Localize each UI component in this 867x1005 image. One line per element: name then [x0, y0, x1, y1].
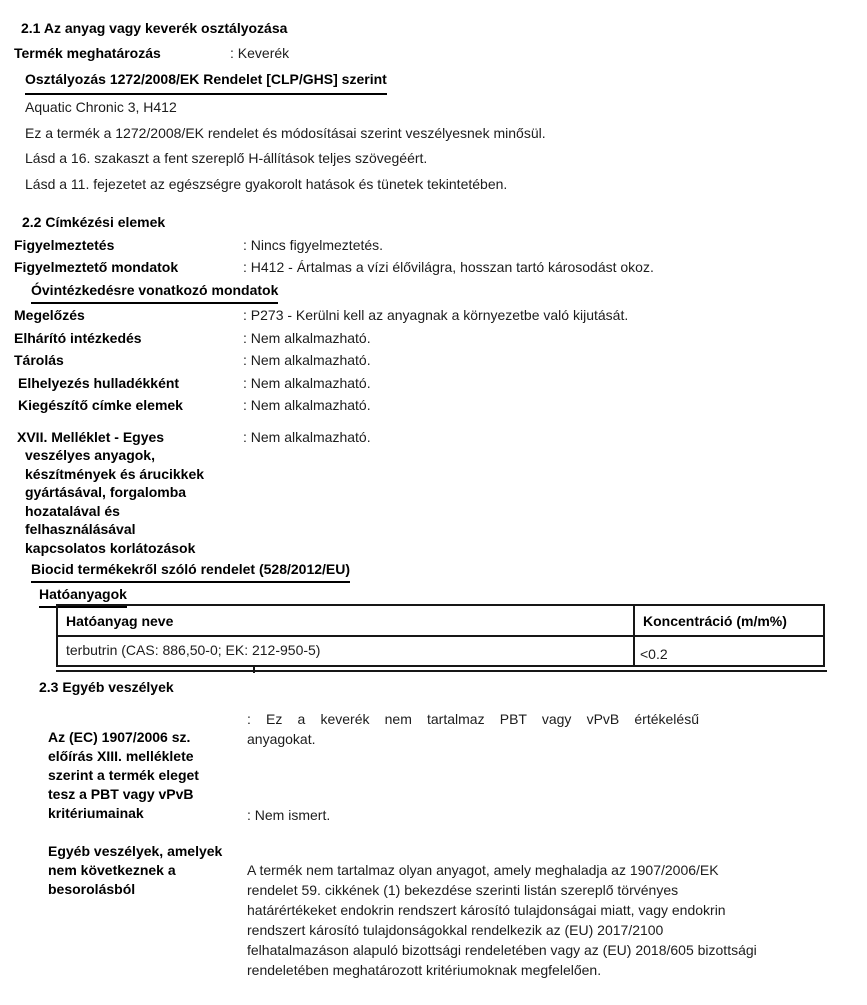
section-2-3-heading: 2.3 Egyéb veszélyek	[0, 676, 867, 698]
other-hazards-label: Egyéb veszélyek, amelyek nem következnek…	[48, 842, 247, 899]
product-definition-label: Termék meghatározás	[0, 41, 230, 67]
response-value: : Nem alkalmazható.	[243, 327, 371, 350]
hazard-statements-row: Figyelmeztető mondatok : H412 - Ártalmas…	[0, 256, 867, 279]
other-hazards-block: Az (EC) 1907/2006 sz. előírás XIII. mell…	[0, 709, 867, 980]
other-hazards-value: : Nem ismert.	[247, 806, 867, 825]
precaution-subheading-line: Óvintézkedésre vonatkozó mondatok	[0, 279, 867, 305]
response-row: Elhárító intézkedés : Nem alkalmazható.	[0, 327, 867, 350]
disposal-row: Elhelyezés hulladékként : Nem alkalmazha…	[0, 372, 867, 395]
table-header-row: Hatóanyag neve Koncentráció (m/m%)	[57, 605, 824, 636]
annex-xvii-row: XVII. Melléklet - Egyes veszélyes anyago…	[0, 428, 867, 558]
annex-xvii-value: : Nem alkalmazható.	[243, 428, 371, 558]
see-section-11-line: Lásd a 11. fejezetet az egészségre gyako…	[0, 172, 867, 198]
table-header-concentration: Koncentráció (m/m%)	[634, 605, 824, 636]
classification-line: Aquatic Chronic 3, H412	[0, 95, 867, 121]
product-definition-value: : Keverék	[230, 41, 289, 67]
scan-artifact-tick	[253, 665, 255, 673]
storage-value: : Nem alkalmazható.	[243, 349, 371, 372]
pbt-criteria-value: : Ez a keverék nem tartalmaz PBT vagy vP…	[247, 709, 699, 749]
classification-subheading: Osztályozás 1272/2008/EK Rendelet [CLP/G…	[25, 67, 387, 96]
biocid-subheading: Biocid termékekről szóló rendelet (528/2…	[31, 558, 350, 583]
table-row: terbutrin (CAS: 886,50-0; EK: 212-950-5)…	[57, 636, 824, 666]
sds-document-page: 2.1 Az anyag vagy keverék osztályozása T…	[0, 0, 867, 1005]
signal-word-value: : Nincs figyelmeztetés.	[243, 234, 383, 257]
product-definition-row: Termék meghatározás : Keverék	[0, 41, 867, 67]
biocid-subheading-line: Biocid termékekről szóló rendelet (528/2…	[0, 558, 867, 583]
precaution-subheading: Óvintézkedésre vonatkozó mondatok	[31, 279, 278, 305]
active-substances-table-wrap: Hatóanyag neve Koncentráció (m/m%) terbu…	[56, 604, 827, 672]
prevention-row: Megelőzés : P273 - Kerülni kell az anyag…	[0, 304, 867, 327]
other-hazards-labels: Az (EC) 1907/2006 sz. előírás XIII. mell…	[0, 709, 247, 980]
section-2-2-heading: 2.2 Címkézési elemek	[0, 211, 867, 234]
section-2-1-heading: 2.1 Az anyag vagy keverék osztályozása	[0, 15, 867, 41]
prevention-label: Megelőzés	[0, 304, 243, 327]
supplemental-label-row: Kiegészítő címke elemek : Nem alkalmazha…	[0, 394, 867, 417]
annex-xvii-label: XVII. Melléklet - Egyes veszélyes anyago…	[0, 428, 243, 558]
table-header-substance-name: Hatóanyag neve	[57, 605, 634, 636]
section-2-1: 2.1 Az anyag vagy keverék osztályozása T…	[0, 15, 867, 197]
hazard-statements-label: Figyelmeztető mondatok	[0, 256, 243, 279]
table-bottom-rule	[56, 670, 827, 672]
other-hazards-values: : Ez a keverék nem tartalmaz PBT vagy vP…	[247, 709, 867, 980]
see-section-16-line: Lásd a 16. szakaszt a fent szereplő H-ál…	[0, 146, 867, 172]
prevention-value: : P273 - Kerülni kell az anyagnak a körn…	[243, 304, 628, 327]
signal-word-label: Figyelmeztetés	[0, 234, 243, 257]
classification-subheading-line: Osztályozás 1272/2008/EK Rendelet [CLP/G…	[0, 67, 867, 96]
disposal-value: : Nem alkalmazható.	[243, 372, 371, 395]
cell-concentration: <0.2	[634, 636, 824, 666]
response-label: Elhárító intézkedés	[0, 327, 243, 350]
cell-substance-name: terbutrin (CAS: 886,50-0; EK: 212-950-5)	[57, 636, 634, 666]
storage-label: Tárolás	[0, 349, 243, 372]
endocrine-disruptor-paragraph: A termék nem tartalmaz olyan anyagot, am…	[247, 860, 867, 980]
section-2-2: 2.2 Címkézési elemek Figyelmeztetés : Ni…	[0, 211, 867, 672]
active-substances-table: Hatóanyag neve Koncentráció (m/m%) terbu…	[56, 604, 825, 667]
signal-word-row: Figyelmeztetés : Nincs figyelmeztetés.	[0, 234, 867, 257]
hazard-statements-value: : H412 - Ártalmas a vízi élővilágra, hos…	[243, 256, 654, 279]
supplemental-label-value: : Nem alkalmazható.	[243, 394, 371, 417]
pbt-criteria-label: Az (EC) 1907/2006 sz. előírás XIII. mell…	[48, 728, 247, 823]
section-2-3: 2.3 Egyéb veszélyek Az (EC) 1907/2006 sz…	[0, 676, 867, 980]
disposal-label: Elhelyezés hulladékként	[0, 372, 243, 395]
storage-row: Tárolás : Nem alkalmazható.	[0, 349, 867, 372]
supplemental-label-label: Kiegészítő címke elemek	[0, 394, 243, 417]
hazard-statement-line: Ez a termék a 1272/2008/EK rendelet és m…	[0, 121, 867, 147]
